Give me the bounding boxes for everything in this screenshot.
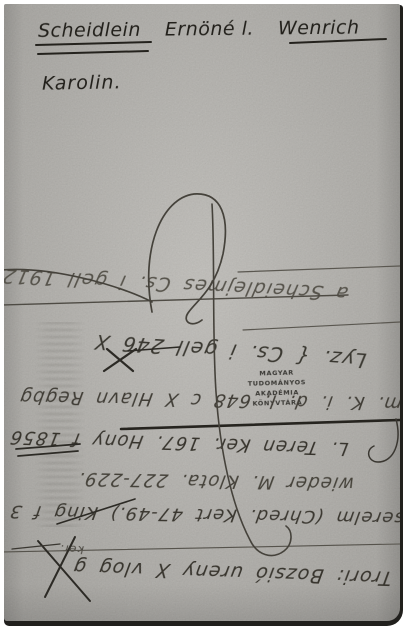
inverted-handwriting-line: a Scheidlejmes Cs. i gell 1912. — [20, 266, 351, 305]
pen-strokes-overlay — [4, 4, 400, 621]
inverted-handwriting-line: Trori: Bozsió ureny X vlog g — [8, 553, 394, 588]
scanned-card-photo: Scheidlein Ernöné l. Wenrich Karolin. MA… — [0, 0, 406, 635]
heading-middle: Ernöné l. — [165, 18, 254, 41]
bleed-through-marks — [34, 322, 86, 527]
heading-surname: Scheidlein — [38, 19, 141, 42]
paper-grain-texture — [4, 4, 400, 621]
heading-maiden-name: Wenrich — [278, 17, 360, 40]
paper-card: Scheidlein Ernöné l. Wenrich Karolin. MA… — [4, 4, 400, 621]
heading-name-line: Scheidlein Ernöné l. Wenrich — [38, 16, 398, 42]
vignette-shading — [4, 4, 400, 621]
inverted-handwriting-line: Lyz. { Cs. i gell 246 X — [64, 328, 368, 373]
heading-given-name: Karolin. — [42, 71, 122, 94]
inverted-handwriting-line: wieder M. Klota. 227-229. — [60, 467, 356, 493]
